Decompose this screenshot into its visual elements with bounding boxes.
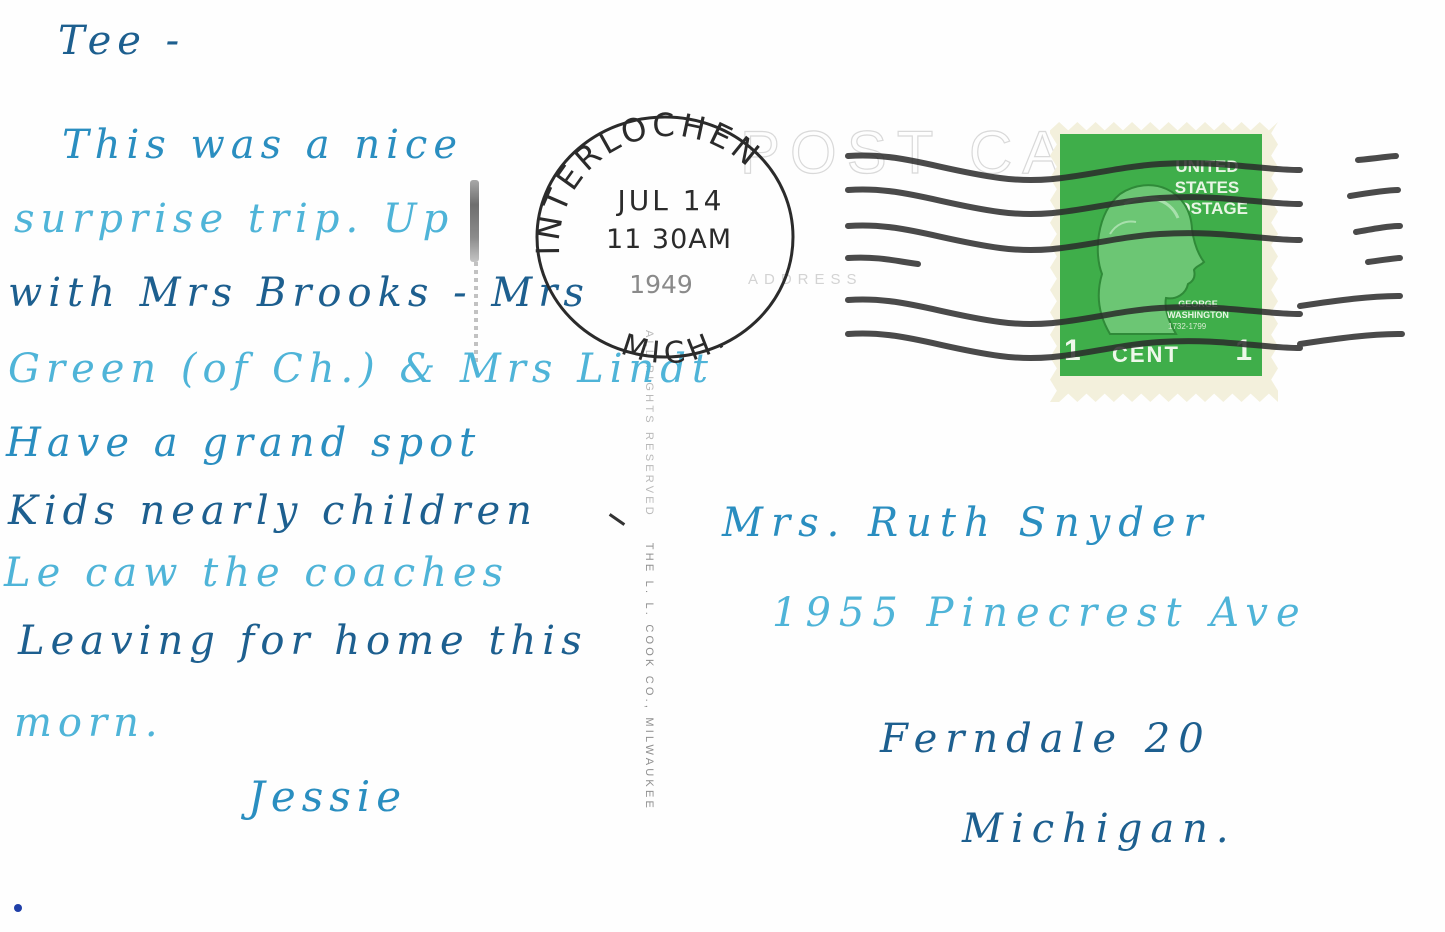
ink-dot xyxy=(14,904,22,912)
recipient-street: 1955 Pinecrest Ave xyxy=(772,590,1308,636)
message-line: surprise trip. Up xyxy=(14,196,454,242)
postmark-year: 1949 xyxy=(526,270,796,299)
recipient-name: Mrs. Ruth Snyder xyxy=(722,500,1211,546)
message-greeting: Tee - xyxy=(58,18,185,64)
stamp-value-left: 1 xyxy=(1064,334,1081,368)
postmark-state: MICH. xyxy=(617,319,735,372)
postmark: INTERLOCHEN MICH. JUL 14 11 30AM 1949 xyxy=(530,112,800,372)
publisher-text: THE L. L. COOK CO., MILWAUKEE xyxy=(643,543,655,811)
stamp-name-line: WASHINGTON xyxy=(1138,310,1258,321)
stamp-name-line: GEORGE xyxy=(1138,299,1258,310)
stamp-value-right: 1 xyxy=(1235,334,1252,368)
publisher-imprint: ALL RIGHTS RESERVED THE L. L. COOK CO., … xyxy=(643,330,655,811)
stamp-years: 1732-1799 xyxy=(1168,322,1206,331)
imprint-separator xyxy=(643,524,655,537)
smudge-mark xyxy=(470,180,479,262)
pen-mark xyxy=(609,513,625,526)
svg-text:MICH.: MICH. xyxy=(617,319,735,372)
message-line: morn. xyxy=(14,700,164,746)
message-line: with Mrs Brooks - Mrs xyxy=(8,270,590,316)
message-line: Have a grand spot xyxy=(6,420,481,466)
message-line: Kids nearly children xyxy=(8,488,538,534)
postcard-back: POST CARD ADDRESS ALL RIGHTS RESERVED TH… xyxy=(0,0,1445,932)
message-line: Le caw the coaches xyxy=(4,550,509,596)
postage-stamp: UNITED STATES POSTAGE GEORGE WASHINGTON … xyxy=(1050,122,1278,402)
stamp-denomination: CENT xyxy=(1112,342,1180,368)
postmark-date: JUL 14 xyxy=(536,184,806,217)
stamp-face: UNITED STATES POSTAGE GEORGE WASHINGTON … xyxy=(1060,134,1262,376)
stamp-portrait-name: GEORGE WASHINGTON xyxy=(1138,299,1258,321)
message-line: This was a nice xyxy=(62,122,463,168)
recipient-city: Ferndale 20 xyxy=(880,716,1212,762)
signature: Jessie xyxy=(248,772,407,821)
recipient-state: Michigan. xyxy=(962,806,1237,852)
postmark-time: 11 30AM xyxy=(534,224,804,255)
message-line: Leaving for home this xyxy=(18,618,588,664)
